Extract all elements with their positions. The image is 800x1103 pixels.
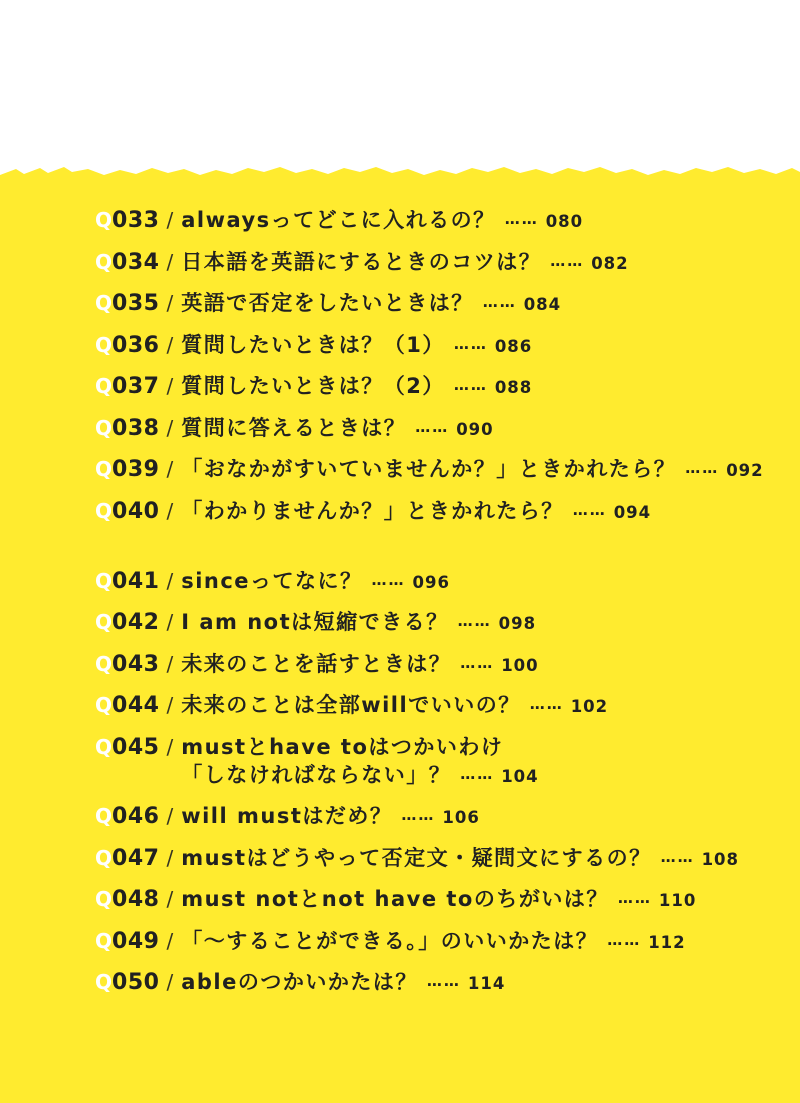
table-of-contents: Q033/alwaysってどこに入れるの？……080Q034/日本語を英語にする… — [0, 166, 800, 998]
q-prefix-label: Q — [95, 497, 112, 525]
toc-entry: Q033/alwaysってどこに入れるの？……080 — [95, 206, 770, 236]
q-prefix-label: Q — [95, 567, 112, 595]
entry-title: 質問に答えるときは？……090 — [181, 414, 493, 444]
entry-number: 038 — [112, 415, 159, 443]
toc-entry: Q040/「わかりませんか？」ときかれたら？……094 — [95, 497, 770, 527]
toc-entry: Q043/未来のことを話すときは？……100 — [95, 650, 770, 680]
dot-leader: …… — [460, 649, 494, 677]
entry-title: mustとhave toはつかいわけ「しなければならない」？……104 — [181, 733, 538, 791]
separator-slash: / — [166, 608, 173, 636]
entry-title-line: 質問したいときは？（2） — [181, 374, 445, 398]
entry-page-number: 092 — [726, 461, 763, 480]
entry-page-number: 100 — [501, 656, 538, 675]
entry-page-number: 086 — [495, 337, 532, 356]
entry-number: 043 — [112, 651, 159, 679]
dot-leader: …… — [460, 760, 494, 788]
dot-leader: …… — [607, 926, 641, 954]
entry-number: 039 — [112, 456, 159, 484]
q-prefix-label: Q — [95, 885, 112, 913]
entry-title-line: 未来のことを話すときは？ — [181, 652, 451, 676]
q-prefix-label: Q — [95, 455, 112, 483]
separator-slash: / — [166, 567, 173, 595]
entry-title: 未来のことは全部willでいいの？……102 — [181, 691, 608, 721]
dot-leader: …… — [685, 454, 719, 482]
entry-page-number: 088 — [495, 378, 532, 397]
entry-title-line: will mustはだめ？ — [181, 804, 392, 828]
entry-page-number: 102 — [571, 697, 608, 716]
toc-entry: Q037/質問したいときは？（2）……088 — [95, 372, 770, 402]
q-prefix-label: Q — [95, 289, 112, 317]
q-prefix-label: Q — [95, 802, 112, 830]
dot-leader: …… — [415, 413, 449, 441]
entry-number: 034 — [112, 249, 159, 277]
entry-title-line: 未来のことは全部willでいいの？ — [181, 693, 521, 717]
q-prefix-label: Q — [95, 927, 112, 955]
entry-title: mustはどうやって否定文・疑問文にするの？……108 — [181, 844, 739, 874]
toc-group: Q033/alwaysってどこに入れるの？……080Q034/日本語を英語にする… — [95, 206, 770, 527]
separator-slash: / — [166, 968, 173, 996]
separator-slash: / — [166, 206, 173, 234]
toc-entry: Q039/「おなかがすいていませんか？」ときかれたら？……092 — [95, 455, 770, 485]
dot-leader: …… — [458, 607, 492, 635]
separator-slash: / — [166, 331, 173, 359]
toc-entry: Q038/質問に答えるときは？……090 — [95, 414, 770, 444]
entry-title: ableのつかいかたは？……114 — [181, 968, 505, 998]
dot-leader: …… — [427, 967, 461, 995]
entry-title: 英語で否定をしたいときは？……084 — [181, 289, 561, 319]
q-prefix-label: Q — [95, 844, 112, 872]
dot-leader: …… — [454, 371, 488, 399]
entry-number: 040 — [112, 498, 159, 526]
entry-title-line: 日本語を英語にするときのコツは？ — [181, 250, 541, 274]
separator-slash: / — [166, 455, 173, 483]
entry-title-line: sinceってなに？ — [181, 569, 362, 593]
entry-page-number: 108 — [702, 850, 739, 869]
entry-number: 045 — [112, 734, 159, 762]
separator-slash: / — [166, 289, 173, 317]
separator-slash: / — [166, 372, 173, 400]
q-prefix-label: Q — [95, 248, 112, 276]
entry-title: 質問したいときは？（1）……086 — [181, 331, 532, 361]
entry-page-number: 114 — [468, 974, 505, 993]
entry-page-number: 104 — [501, 767, 538, 786]
entry-page-number: 096 — [413, 573, 450, 592]
separator-slash: / — [166, 885, 173, 913]
entry-title: sinceってなに？……096 — [181, 567, 450, 597]
dot-leader: …… — [483, 288, 517, 316]
separator-slash: / — [166, 248, 173, 276]
entry-number: 035 — [112, 290, 159, 318]
entry-number: 044 — [112, 692, 159, 720]
entry-number: 046 — [112, 803, 159, 831]
separator-slash: / — [166, 844, 173, 872]
dot-leader: …… — [550, 247, 584, 275]
q-prefix-label: Q — [95, 414, 112, 442]
entry-number: 048 — [112, 886, 159, 914]
entry-title-line: 質問に答えるときは？ — [181, 416, 406, 440]
toc-entry: Q035/英語で否定をしたいときは？……084 — [95, 289, 770, 319]
separator-slash: / — [166, 802, 173, 830]
toc-entry: Q050/ableのつかいかたは？……114 — [95, 968, 770, 998]
entry-title: will mustはだめ？……106 — [181, 802, 480, 832]
entry-page-number: 090 — [456, 420, 493, 439]
entry-title-line: 質問したいときは？（1） — [181, 333, 445, 357]
entry-title: 「～することができる。」のいいかたは？……112 — [181, 927, 685, 957]
entry-number: 049 — [112, 928, 159, 956]
entry-page-number: 094 — [614, 503, 651, 522]
separator-slash: / — [166, 733, 173, 761]
separator-slash: / — [166, 414, 173, 442]
entry-number: 037 — [112, 373, 159, 401]
dot-leader: …… — [454, 330, 488, 358]
entry-title: 未来のことを話すときは？……100 — [181, 650, 538, 680]
yellow-torn-panel: Q033/alwaysってどこに入れるの？……080Q034/日本語を英語にする… — [0, 166, 800, 1103]
toc-group: Q041/sinceってなに？……096Q042/I am notは短縮できる？… — [95, 567, 770, 999]
entry-page-number: 080 — [546, 212, 583, 231]
dot-leader: …… — [618, 884, 652, 912]
entry-number: 050 — [112, 969, 159, 997]
entry-title: must notとnot have toのちがいは？……110 — [181, 885, 696, 915]
entry-title-line: 「～することができる。」のいいかたは？ — [181, 929, 598, 953]
q-prefix-label: Q — [95, 733, 112, 761]
toc-entry: Q044/未来のことは全部willでいいの？……102 — [95, 691, 770, 721]
toc-entry: Q036/質問したいときは？（1）……086 — [95, 331, 770, 361]
entry-title: I am notは短縮できる？……098 — [181, 608, 536, 638]
q-prefix-label: Q — [95, 372, 112, 400]
entry-page-number: 110 — [659, 891, 696, 910]
toc-entry: Q049/「～することができる。」のいいかたは？……112 — [95, 927, 770, 957]
dot-leader: …… — [372, 566, 406, 594]
entry-title-line: 「しなければならない」？ — [181, 763, 451, 787]
entry-title: 質問したいときは？（2）……088 — [181, 372, 532, 402]
entry-title-line: I am notは短縮できる？ — [181, 610, 448, 634]
entry-title: 「おなかがすいていませんか？」ときかれたら？……092 — [181, 455, 763, 485]
dot-leader: …… — [505, 205, 539, 233]
entry-title-line: alwaysってどこに入れるの？ — [181, 208, 495, 232]
toc-entry: Q042/I am notは短縮できる？……098 — [95, 608, 770, 638]
toc-entry: Q045/mustとhave toはつかいわけ「しなければならない」？……104 — [95, 733, 770, 791]
entry-title-line: 「おなかがすいていませんか？」ときかれたら？ — [181, 457, 676, 481]
dot-leader: …… — [661, 843, 695, 871]
toc-entry: Q048/must notとnot have toのちがいは？……110 — [95, 885, 770, 915]
dot-leader: …… — [530, 690, 564, 718]
entry-title: 「わかりませんか？」ときかれたら？……094 — [181, 497, 651, 527]
dot-leader: …… — [573, 496, 607, 524]
separator-slash: / — [166, 691, 173, 719]
entry-number: 036 — [112, 332, 159, 360]
entry-page-number: 084 — [524, 295, 561, 314]
separator-slash: / — [166, 497, 173, 525]
q-prefix-label: Q — [95, 650, 112, 678]
entry-page-number: 106 — [442, 808, 479, 827]
entry-title-line: must notとnot have toのちがいは？ — [181, 887, 609, 911]
q-prefix-label: Q — [95, 206, 112, 234]
entry-number: 041 — [112, 568, 159, 596]
entry-number: 033 — [112, 207, 159, 235]
entry-title: 日本語を英語にするときのコツは？……082 — [181, 248, 628, 278]
q-prefix-label: Q — [95, 331, 112, 359]
entry-title: alwaysってどこに入れるの？……080 — [181, 206, 583, 236]
entry-title-line: 「わかりませんか？」ときかれたら？ — [181, 499, 564, 523]
entry-page-number: 112 — [648, 933, 685, 952]
dot-leader: …… — [401, 801, 435, 829]
entry-number: 042 — [112, 609, 159, 637]
q-prefix-label: Q — [95, 691, 112, 719]
toc-entry: Q047/mustはどうやって否定文・疑問文にするの？……108 — [95, 844, 770, 874]
q-prefix-label: Q — [95, 968, 112, 996]
toc-entry: Q046/will mustはだめ？……106 — [95, 802, 770, 832]
toc-entry: Q034/日本語を英語にするときのコツは？……082 — [95, 248, 770, 278]
q-prefix-label: Q — [95, 608, 112, 636]
entry-number: 047 — [112, 845, 159, 873]
entry-page-number: 098 — [499, 614, 536, 633]
toc-entry: Q041/sinceってなに？……096 — [95, 567, 770, 597]
entry-title-line: 英語で否定をしたいときは？ — [181, 291, 474, 315]
entry-title-line: ableのつかいかたは？ — [181, 970, 418, 994]
separator-slash: / — [166, 650, 173, 678]
entry-title-line: mustはどうやって否定文・疑問文にするの？ — [181, 846, 651, 870]
separator-slash: / — [166, 927, 173, 955]
entry-page-number: 082 — [591, 254, 628, 273]
entry-title-line: mustとhave toはつかいわけ — [181, 735, 503, 759]
